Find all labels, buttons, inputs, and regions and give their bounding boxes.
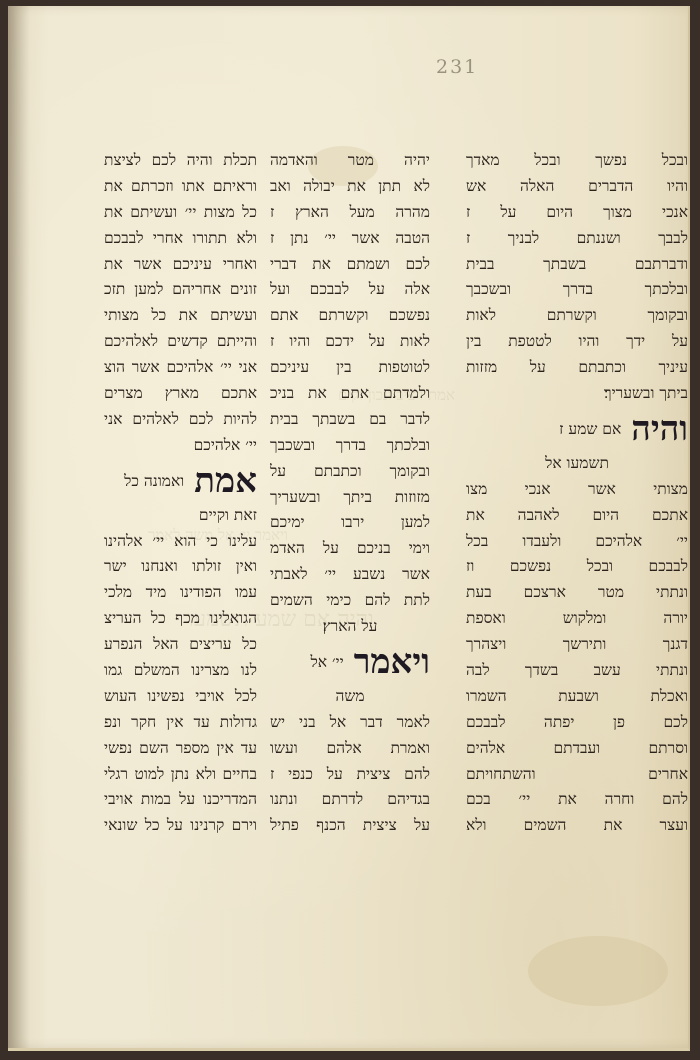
text-line: תשמעו אל [466, 451, 688, 477]
text-line: למען ירבו ימיכם [270, 510, 430, 536]
text-line: אתכם היום לאהבה את [466, 503, 688, 529]
manuscript-page: והיה אם שמע תשמעו ויאמר יי׳ אל משה לאמר … [8, 6, 690, 1051]
text-line: ונתתי מטר ארצכם בעת [466, 580, 688, 606]
text-line: ובקומך וקשרתם לאות [466, 303, 688, 329]
text-line: ועשיתם את כל מצותי [104, 303, 257, 329]
text-line: ובלכתך בדרך ובשכבך [466, 277, 688, 303]
text-line: ועצר את השמים ולא [466, 813, 688, 839]
text-line: יהיה מטר והאדמה [270, 148, 430, 174]
text-line: עמו הפודינו מיד מלכי [104, 580, 257, 606]
text-line: לבבך ושננתם לבניך ז [466, 226, 688, 252]
gutter-shadow [8, 6, 30, 1048]
text-line: תכלת והיה לכם לציצת [104, 148, 257, 174]
text-line: עד אין מספר השם נפשי [104, 736, 257, 762]
text-line: אשר נשבע יי׳ לאבתי [270, 562, 430, 588]
text-line: גדולות עד אין חקר ונפ [104, 710, 257, 736]
text-line: לבבכם ובכל נפשכם וז [466, 554, 688, 580]
text-line: אנכי מצוך היום על ז [466, 200, 688, 226]
text-line: אמתואמונה כל [104, 459, 257, 503]
text-line: לכם פן יפתה לבבכם [466, 710, 688, 736]
text-column-left: תכלת והיה לכם לציצתוראיתם אתו וזכרתם אתכ… [104, 148, 257, 839]
text-line: אלה על לבבכם ועל [270, 277, 430, 303]
text-line: יורה ומלקוש ואספת [466, 606, 688, 632]
text-line: ויאמריי׳ אל [270, 640, 430, 684]
text-line: מזוזות ביתך ובשעריך [270, 485, 430, 511]
text-line: מהרה מעל הארץ ז [270, 200, 430, 226]
text-line: ואין זולתו ואנחנו ישר [104, 554, 257, 580]
text-line: לנו מצרינו המשלם גמו [104, 658, 257, 684]
text-line: יי׳ אלהיכם [104, 433, 257, 459]
text-line: המדריכנו על במות אויבי [104, 787, 257, 813]
text-line: אתכם מארץ מצרים [104, 381, 257, 407]
text-line-content: יי׳ אל [311, 653, 344, 671]
text-line: ונתתי עשב בשדך לבה [466, 658, 688, 684]
text-line: כל עריצים האל הנפרע [104, 632, 257, 658]
text-line: על ציצית הכנף פתיל [270, 813, 430, 839]
text-line: ובקומך וכתבתם על [270, 459, 430, 485]
folio-number: 231 [436, 56, 478, 78]
text-line: כל מצות יי׳ ועשיתם את [104, 200, 257, 226]
text-line: זאת וקיים [104, 503, 257, 529]
text-line: להיות לכם לאלהים אני [104, 407, 257, 433]
text-line: הטבה אשר יי׳ נתן ז [270, 226, 430, 252]
text-line-content: אם שמע ז [559, 420, 621, 438]
text-line: ביתך ובשעריך׃ [466, 381, 688, 407]
text-line: ובלכתך בדרך ובשכבך [270, 433, 430, 459]
text-line: ולמדתם אתם את בניכ [270, 381, 430, 407]
text-line: ובכל נפשך ובכל מאדך [466, 148, 688, 174]
text-line: מצותי אשר אנכי מצו [466, 477, 688, 503]
text-line: עלינו כי הוא יי׳ אלהינו [104, 529, 257, 555]
text-line: וראיתם אתו וזכרתם את [104, 174, 257, 200]
text-line: והייתם קדשים לאלהיכם [104, 329, 257, 355]
text-line: ואמרת אלהם ועשו [270, 736, 430, 762]
text-line: על ידך והיו לטטפת בין [466, 329, 688, 355]
text-line: אחרים והשתחויתם [466, 762, 688, 788]
text-line: והיו הדברים האלה אש [466, 174, 688, 200]
text-line: על הארץ׃ [270, 614, 430, 640]
text-line: זונים אחריהם למען תזכ [104, 277, 257, 303]
text-line: וימי בניכם על האדמ [270, 536, 430, 562]
display-initial-word: והיה [631, 409, 688, 449]
text-line: לדבר בם בשבתך בבית [270, 407, 430, 433]
text-line: ולא תתורו אחרי לבבכם [104, 226, 257, 252]
text-line: וסרתם ועבדתם אלהים [466, 736, 688, 762]
text-line: אני יי׳ אלהיכם אשר הוצ [104, 355, 257, 381]
text-line: לאות על ידכם והיו ז [270, 329, 430, 355]
text-line: לטוטפות בין עיניכם [270, 355, 430, 381]
text-line: משה [270, 684, 430, 710]
text-line: לכם ושמתם את דברי [270, 252, 430, 278]
text-line: וירם קרנינו על כל שונאי [104, 813, 257, 839]
text-line: לא תתן את יבולה ואב [270, 174, 430, 200]
text-line: לכל אויבי נפשינו העוש [104, 684, 257, 710]
text-line: לתת להם כימי השמים [270, 588, 430, 614]
text-line: הגואלינו מכף כל העריצ [104, 606, 257, 632]
text-column-middle: יהיה מטר והאדמהלא תתן את יבולה ואבמהרה מ… [270, 148, 430, 839]
text-line: והיהאם שמע ז [466, 407, 688, 451]
text-line: לאמר דבר אל בני יש [270, 710, 430, 736]
text-line-content: ואמונה כל [124, 472, 184, 490]
text-line: להם ציצית על כנפי ז [270, 762, 430, 788]
text-line: בגדיהם לדרתם ונתנו [270, 787, 430, 813]
display-initial-word: אמת [194, 461, 257, 501]
text-line: בחיים ולא נתן למוט רגלי [104, 762, 257, 788]
text-line: ודברתבם בשבתך בבית [466, 252, 688, 278]
text-line: דגנך ותירשך ויצהרך [466, 632, 688, 658]
text-line: נפשכם וקשרתם אתם [270, 303, 430, 329]
display-initial-word: ויאמר [354, 642, 430, 682]
text-line: עיניך וכתבתם על מזזות [466, 355, 688, 381]
text-column-right: ובכל נפשך ובכל מאדךוהיו הדברים האלה אשאנ… [466, 148, 688, 839]
text-line: ואחרי עיניכם אשר את [104, 252, 257, 278]
parchment-stain [528, 936, 668, 1006]
text-line: להם וחרה את יי׳ בכם [466, 787, 688, 813]
text-line: ואכלת ושבעת השמרו [466, 684, 688, 710]
text-line: יי׳ אלהיכם ולעבדו בכל [466, 529, 688, 555]
